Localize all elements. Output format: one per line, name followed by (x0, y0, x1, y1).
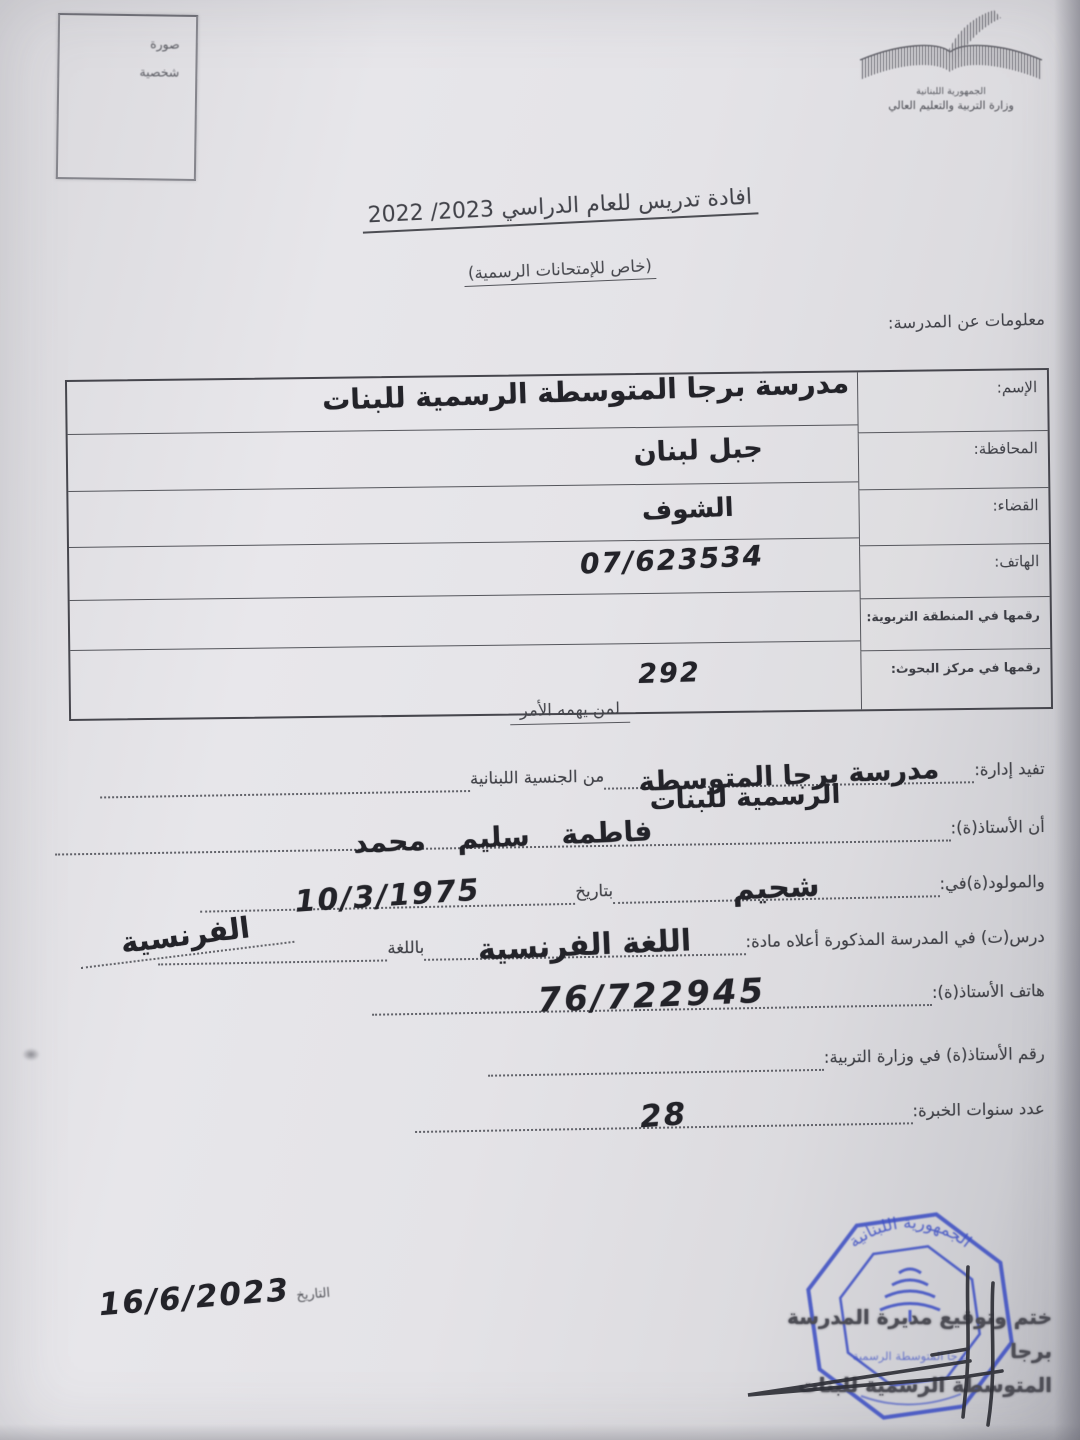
administration-label: تفيد إدارة: (974, 759, 1045, 783)
ministry-logo: الجمهورية اللبنانية وزارة التربية والتعل… (845, 8, 1057, 128)
document-subtitle-block: (خاص للإمتحانات الرسمية) (420, 254, 701, 289)
letter-line-ministry-number: رقم الأستاذ(ة) في وزارة التربية: (487, 1025, 1045, 1077)
dotted-line: 76/722945 (372, 996, 932, 1016)
handwritten-subject: اللغة الفرنسية (424, 921, 746, 970)
table-row-phone-value: 07/623534 (69, 546, 859, 601)
row-label-research-number: رقمها في مركز البحوث: (860, 649, 1051, 709)
scan-edge-shadow (0, 1424, 1080, 1440)
school-info-heading: معلومات عن المدرسة: (785, 310, 1045, 335)
personal-photo-box: صورة شخصية (56, 13, 198, 181)
experience-label: عدد سنوات الخبرة: (912, 1099, 1045, 1124)
row-label-phone: الهاتف: (859, 544, 1050, 599)
document-date-row: التاريخ 16/6/2023 (49, 1269, 331, 1327)
subject-label: درس(ت) في المدرسة المذكورة أعلاه مادة: (745, 927, 1045, 955)
letter-line-experience: عدد سنوات الخبرة: 28 (414, 1080, 1045, 1133)
document-title-text: افادة تدريس للعام الدراسي (501, 185, 753, 222)
table-row-research-number-value: 292 (70, 651, 861, 709)
dotted-line: فاطمة سليم محمد (55, 831, 951, 855)
document-title: افادة تدريس للعام الدراسي 2022 /2023 (361, 184, 759, 233)
signature-icon (700, 1245, 1080, 1440)
row-label-governorate: المحافظة: (858, 431, 1049, 490)
photo-box-label-line2: شخصية (139, 58, 179, 86)
handwritten-birthplace: شحيم (612, 863, 940, 913)
ministry-number-label: رقم الأستاذ(ة) في وزارة التربية: (824, 1044, 1045, 1071)
dotted-line: اللغة الفرنسية (424, 945, 745, 961)
dotted-line: شحيم (613, 887, 940, 904)
handwritten-research-number: 292 (70, 644, 861, 706)
document-title-year: 2022 /2023 (367, 197, 494, 228)
row-label-district: القضاء: (858, 488, 1049, 546)
row-label-name: الإسم: (857, 370, 1048, 433)
paper-smudge (22, 1048, 40, 1061)
birthplace-label: والمولود(ة)في: (939, 872, 1045, 897)
document-subtitle: (خاص للإمتحانات الرسمية) (464, 256, 657, 287)
teacher-label: أن الأستاذ(ة): (950, 817, 1045, 841)
date-label: التاريخ (296, 1286, 331, 1304)
scanned-document-page: صورة شخصية الجمهورية اللبنانية وزارة الت… (0, 0, 1080, 1440)
photo-box-label: صورة شخصية (139, 30, 180, 86)
handwritten-teacher-phone: 76/722945 (371, 964, 932, 1028)
photo-box-label-line1: صورة (140, 30, 180, 58)
letter-heading-block: لمن يهمه الأمر (440, 697, 700, 726)
letter-line-administration: تفيد إدارة: مدرسة برجا المتوسطة من الجنس… (99, 742, 1045, 798)
row-label-zone-number: رقمها في المنطقة التربوية: (860, 597, 1051, 651)
signature-scribble (700, 1245, 1080, 1440)
handwritten-experience-years: 28 (414, 1080, 913, 1151)
birthdate-label: بتاريخ (575, 881, 613, 905)
dotted-line: 28 (415, 1114, 913, 1133)
ministry-name-line2: وزارة التربية والتعليم العالي (845, 99, 1057, 112)
teacher-phone-label: هاتف الأستاذ(ة): (932, 981, 1045, 1006)
handwritten-school-name: مدرسة برجا المتوسطة الرسمية للبنات (67, 364, 858, 425)
open-book-icon (846, 8, 1056, 86)
letter-heading: لمن يهمه الأمر (510, 699, 631, 726)
table-row-zone-number-value (70, 599, 860, 651)
nationality-text: من الجنسية اللبنانية (470, 767, 605, 792)
table-row-governorate-value: جبل لبنان (68, 433, 859, 492)
document-title-block: افادة تدريس للعام الدراسي 2022 /2023 (330, 183, 791, 235)
handwritten-document-date: 16/6/2023 (97, 1272, 291, 1323)
school-info-table: الإسم: مدرسة برجا المتوسطة الرسمية للبنا… (65, 368, 1053, 721)
letter-line-teacher-name: أن الأستاذ(ة): فاطمة سليم محمد (54, 800, 1045, 856)
language-label: باللغة (387, 938, 424, 962)
letter-line-birth: والمولود(ة)في: شحيم بتاريخ 10/3/1975 (199, 855, 1045, 913)
ministry-name-line1: الجمهورية اللبنانية (845, 86, 1057, 97)
table-row-name-value: مدرسة برجا المتوسطة الرسمية للبنات (67, 372, 858, 435)
letter-line-teacher-phone: هاتف الأستاذ(ة): 76/722945 (371, 962, 1045, 1016)
dotted-line (488, 1061, 824, 1077)
dotted-line (100, 782, 470, 798)
